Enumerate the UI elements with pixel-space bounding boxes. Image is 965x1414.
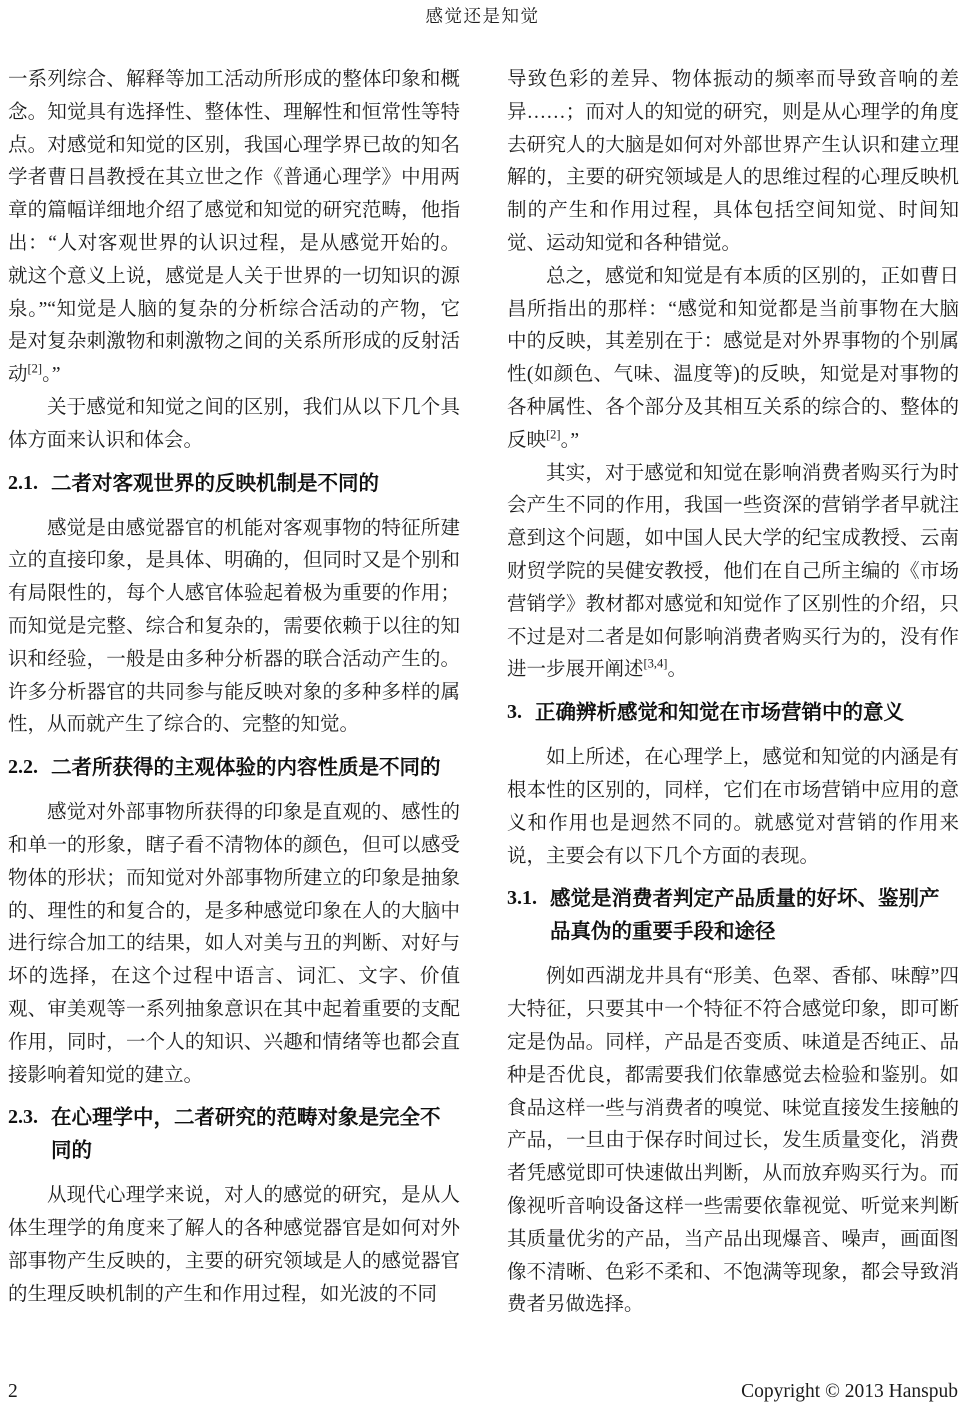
section-title: 二者所获得的主观体验的内容性质是不同的 xyxy=(51,751,441,784)
paragraph: 感觉是由感觉器官的机能对客观事物的特征所建立的直接印象，是具体、明确的，但同时又… xyxy=(8,513,460,743)
section-number: 3. xyxy=(507,696,522,729)
citation-superscript: [3,4] xyxy=(644,657,668,671)
page-footer: 2 Copyright © 2013 Hanspub xyxy=(8,1381,958,1403)
citation-superscript: [2] xyxy=(546,427,561,441)
paragraph: 其实，对于感觉和知觉在影响消费者购买行为时会产生不同的作用，我国一些资深的营销学… xyxy=(507,458,959,688)
citation-superscript: [2] xyxy=(28,362,43,376)
section-title: 在心理学中，二者研究的范畴对象是完全不同的 xyxy=(51,1101,460,1167)
document-page: 感觉还是知觉 一系列综合、解释等加工活动所形成的整体印象和概念。知觉具有选择性、… xyxy=(0,0,965,1322)
paragraph: 例如西湖龙井具有“形美、色翠、香郁、味醇”四大特征，只要其中一个特征不符合感觉印… xyxy=(507,961,959,1322)
paragraph: 如上所述，在心理学上，感觉和知觉的内涵是有根本性的区别的，同样，它们在市场营销中… xyxy=(507,742,959,873)
page-number: 2 xyxy=(8,1381,18,1403)
paragraph: 一系列综合、解释等加工活动所形成的整体印象和概念。知觉具有选择性、整体性、理解性… xyxy=(8,64,460,392)
section-title: 感觉是消费者判定产品质量的好坏、鉴别产品真伪的重要手段和途径 xyxy=(550,882,959,948)
section-heading: 2.2.二者所获得的主观体验的内容性质是不同的 xyxy=(8,751,460,784)
content-columns: 一系列综合、解释等加工活动所形成的整体印象和概念。知觉具有选择性、整体性、理解性… xyxy=(0,64,965,1322)
section-title: 正确辨析感觉和知觉在市场营销中的意义 xyxy=(535,696,904,729)
section-heading: 2.1.二者对客观世界的反映机制是不同的 xyxy=(8,467,460,500)
paragraph: 从现代心理学来说，对人的感觉的研究，是从人体生理学的角度来了解人的各种感觉器官是… xyxy=(8,1180,460,1311)
section-number: 2.2. xyxy=(8,751,38,784)
copyright-text: Copyright © 2013 Hanspub xyxy=(741,1381,958,1403)
paragraph: 导致色彩的差异、物体振动的频率而导致音响的差异……；而对人的知觉的研究，则是从心… xyxy=(507,64,959,261)
column-left: 一系列综合、解释等加工活动所形成的整体印象和概念。知觉具有选择性、整体性、理解性… xyxy=(8,64,460,1322)
section-title: 二者对客观世界的反映机制是不同的 xyxy=(51,467,379,500)
paragraph: 感觉对外部事物所获得的印象是直观的、感性的和单一的形象，瞎子看不清物体的颜色，但… xyxy=(8,797,460,1092)
section-heading: 3.1.感觉是消费者判定产品质量的好坏、鉴别产品真伪的重要手段和途径 xyxy=(507,882,959,948)
paragraph: 总之，感觉和知觉是有本质的区别的，正如曹日昌所指出的那样：“感觉和知觉都是当前事… xyxy=(507,261,959,458)
section-heading: 2.3.在心理学中，二者研究的范畴对象是完全不同的 xyxy=(8,1101,460,1167)
column-right: 导致色彩的差异、物体振动的频率而导致音响的差异……；而对人的知觉的研究，则是从心… xyxy=(507,64,959,1322)
section-number: 3.1. xyxy=(507,882,537,915)
page-title: 感觉还是知觉 xyxy=(0,0,965,28)
section-number: 2.3. xyxy=(8,1101,38,1134)
section-heading: 3.正确辨析感觉和知觉在市场营销中的意义 xyxy=(507,696,959,729)
section-number: 2.1. xyxy=(8,467,38,500)
paragraph: 关于感觉和知觉之间的区别，我们从以下几个具体方面来认识和体会。 xyxy=(8,392,460,458)
